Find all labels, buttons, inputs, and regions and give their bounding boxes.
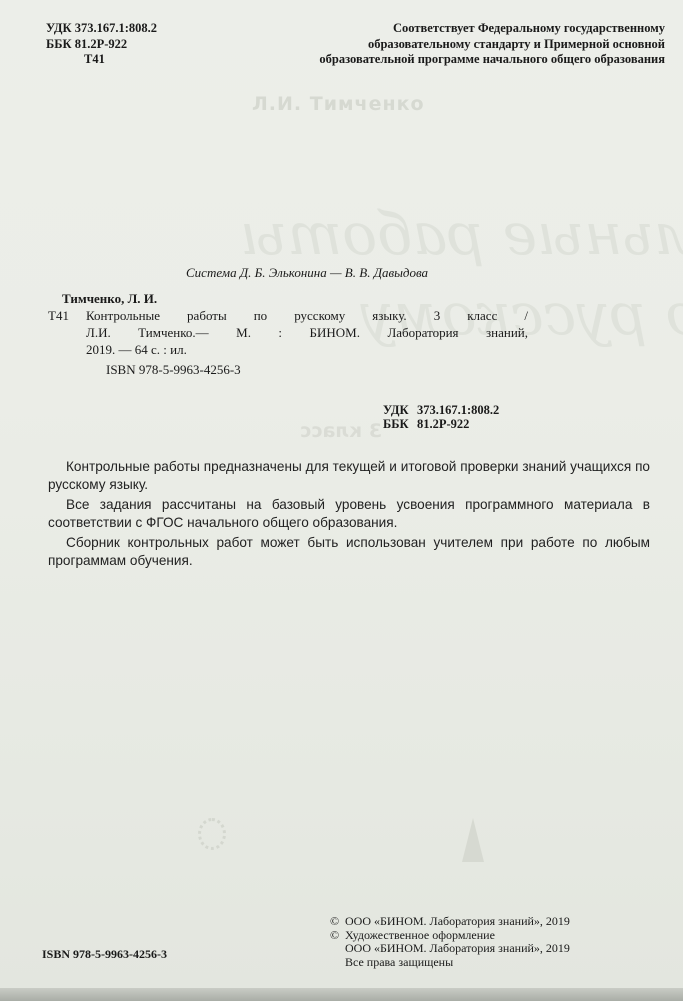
header-classification: УДК 373.167.1:808.2 ББК 81.2Р-922 Т41 [46, 21, 157, 68]
udk-label: УДК [383, 403, 417, 417]
compliance-line: Соответствует Федеральному государственн… [319, 21, 665, 37]
fgos-compliance-note: Соответствует Федеральному государственн… [319, 21, 665, 68]
record-author: Тимченко, Л. И. [48, 290, 528, 307]
copyright-line: Художественное оформление [345, 929, 495, 943]
record-publisher: Л.И. Тимченко.— М. : БИНОМ. Лаборатория … [86, 324, 528, 341]
bleed-through-title: Контрольные работы [240, 200, 683, 268]
copyright-icon: © [330, 915, 345, 929]
bbk-value: 81.2Р-922 [417, 417, 469, 431]
udk-value: 373.167.1:808.2 [417, 403, 499, 417]
annotation-paragraph: Все задания рассчитаны на базовый уровен… [48, 496, 650, 531]
footer-isbn: ISBN 978-5-9963-4256-3 [42, 947, 167, 962]
bleed-through-author: Л.И. Тимченко [252, 93, 425, 115]
record-year-pages: 2019. — 64 с. : ил. [48, 341, 528, 358]
page-edge [0, 988, 683, 1001]
header-udk: УДК 373.167.1:808.2 [46, 21, 157, 37]
copyright-line: ООО «БИНОМ. Лаборатория знаний», 2019 [345, 915, 570, 929]
education-system-line: Система Д. Б. Эльконина — В. В. Давыдова [186, 265, 428, 281]
compliance-line: образовательной программе начального общ… [319, 52, 665, 68]
copyright-icon: © [330, 929, 345, 943]
rights-reserved: Все права защищены [345, 956, 453, 970]
bleed-through-grade: 3 класс [300, 420, 382, 442]
record-code: Т41 [48, 307, 86, 324]
copyright-line: ООО «БИНОМ. Лаборатория знаний», 2019 [345, 942, 570, 956]
classification-codes: УДК373.167.1:808.2 ББК81.2Р-922 [383, 403, 499, 431]
annotation: Контрольные работы предназначены для тек… [48, 458, 650, 572]
bleed-through-logo-icon [198, 818, 226, 850]
bleed-through-tree-icon [462, 818, 484, 862]
annotation-paragraph: Сборник контрольных работ может быть исп… [48, 534, 650, 569]
annotation-paragraph: Контрольные работы предназначены для тек… [48, 458, 650, 493]
record-title: Контрольные работы по русскому языку. 3 … [86, 307, 528, 324]
header-bbk: ББК 81.2Р-922 [46, 37, 157, 53]
bibliographic-record: Тимченко, Л. И. Т41 Контрольные работы п… [48, 290, 528, 378]
record-isbn: ISBN 978-5-9963-4256-3 [48, 358, 528, 378]
header-author-mark: Т41 [46, 52, 157, 68]
book-page: Л.И. Тимченко Контрольные работы по русс… [0, 0, 683, 990]
compliance-line: образовательному стандарту и Примерной о… [319, 37, 665, 53]
copyright-block: ©ООО «БИНОМ. Лаборатория знаний», 2019 ©… [330, 915, 570, 969]
bbk-label: ББК [383, 417, 417, 431]
